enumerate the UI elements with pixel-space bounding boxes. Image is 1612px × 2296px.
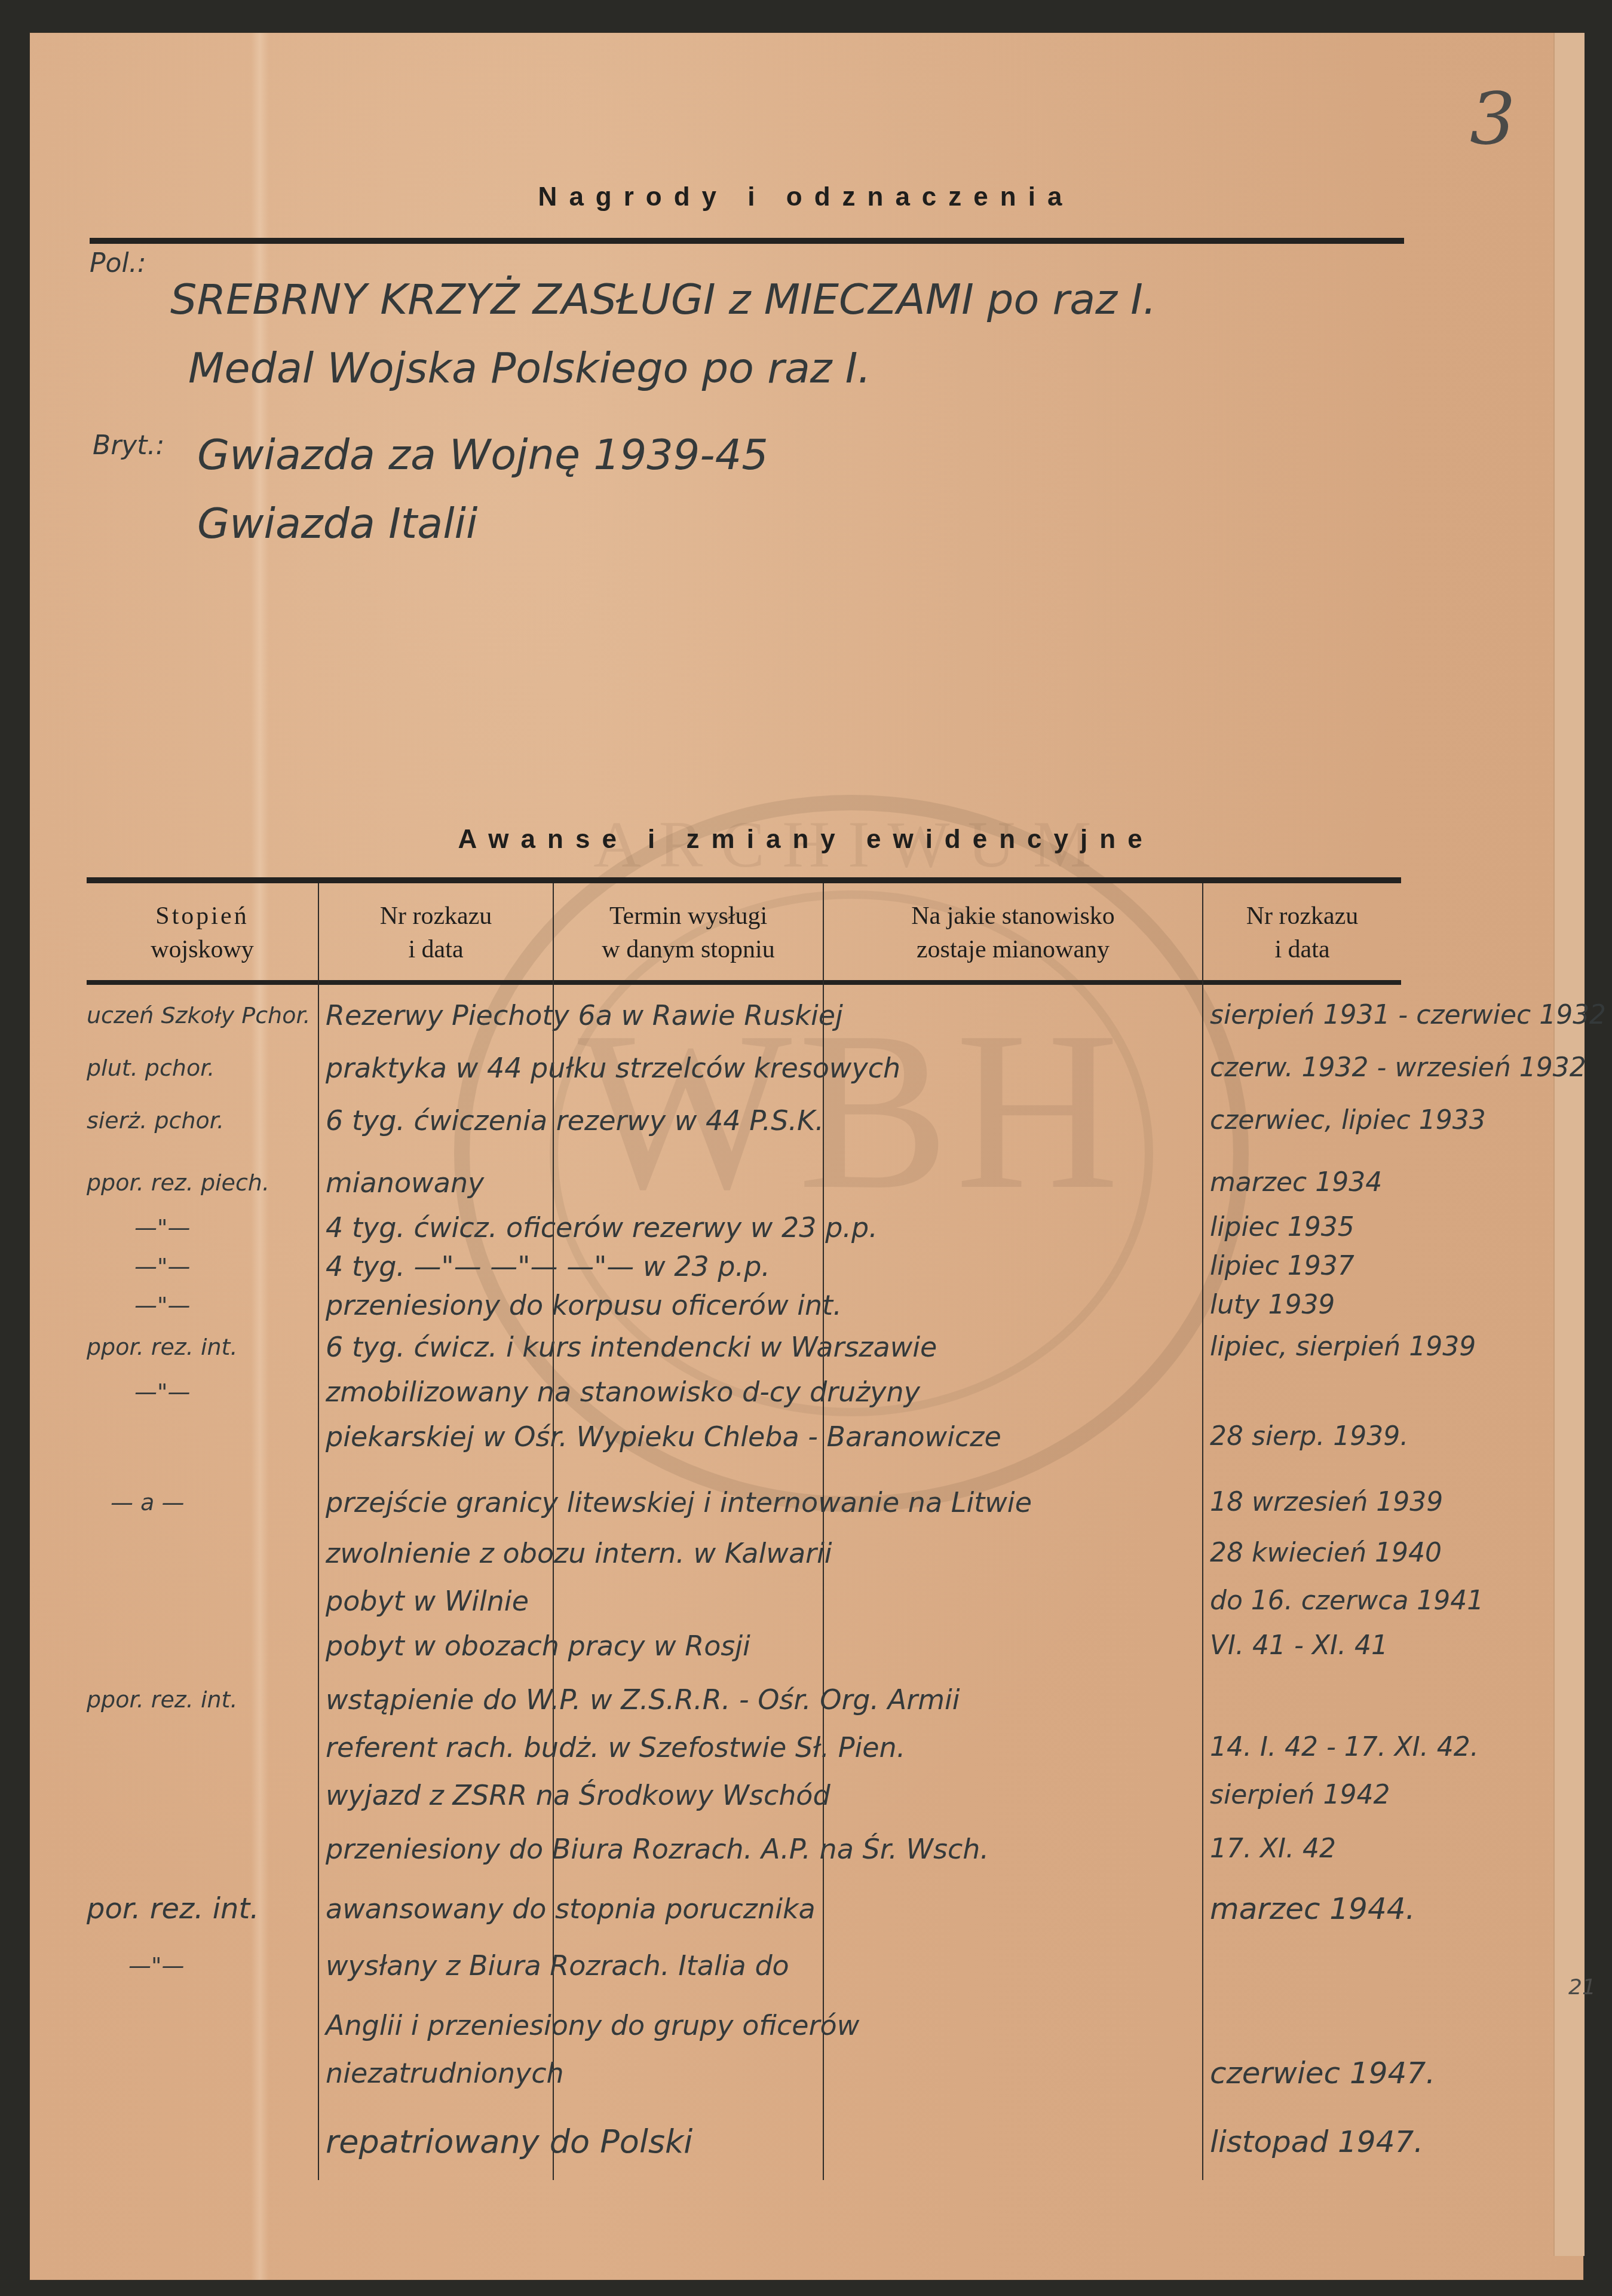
- date-cell: sierpień 1931 - czerwiec 1932: [1210, 989, 1544, 1042]
- rank-cell: — a —: [87, 1476, 341, 1529]
- entry-cell: praktyka w 44 pułku strzelców kresowych: [326, 1042, 1201, 1094]
- entry-cell: repatriowany do Polski: [326, 2116, 1201, 2168]
- date-cell: VI. 41 - XI. 41: [1210, 1620, 1544, 1672]
- award-item: Gwiazda za Wojnę 1939-45: [197, 430, 768, 479]
- date-cell: 18 wrzesień 1939: [1210, 1476, 1544, 1529]
- header-line: i data: [319, 933, 553, 966]
- table-row: repatriowany do Polski listopad 1947.: [0, 2116, 1612, 2168]
- rank-cell: plut. pchor.: [87, 1042, 317, 1094]
- table-row: ppor. rez. int. wstąpienie do W.P. w Z.S…: [0, 1673, 1612, 1726]
- entry-cell: wysłany z Biura Rozrach. Italia do: [326, 1939, 1201, 1992]
- entry-cell: zwolnienie z obozu intern. w Kalwarii: [326, 1527, 1201, 1579]
- rank-cell: uczeń Szkoły Pchor.: [87, 989, 317, 1042]
- date-cell: czerwiec 1947.: [1210, 2047, 1544, 2099]
- entry-cell: piekarskiej w Ośr. Wypieku Chleba - Bara…: [326, 1410, 1201, 1463]
- entry-cell: przeniesiony do Biura Rozrach. A.P. na Ś…: [326, 1823, 1201, 1875]
- award-item: Gwiazda Italii: [197, 499, 478, 548]
- entry-cell: 6 tyg. ćwiczenia rezerwy w 44 P.S.K.: [326, 1094, 1201, 1147]
- date-cell: 14. I. 42 - 17. XI. 42.: [1210, 1721, 1544, 1774]
- date-cell: 28 sierp. 1939.: [1210, 1410, 1544, 1463]
- header-line: Stopień: [87, 899, 318, 933]
- promotions-section-title: Awanse i zmiany ewidencyjne: [0, 825, 1612, 855]
- rank-cell: —"—: [87, 1939, 358, 1992]
- date-cell: czerwiec, lipiec 1933: [1210, 1094, 1544, 1147]
- rank-cell: sierż. pchor.: [87, 1094, 317, 1147]
- awards-section-title: Nagrody i odznaczenia: [0, 182, 1612, 212]
- date-cell: 28 kwiecień 1940: [1210, 1527, 1544, 1579]
- table-row: — a — przejście granicy litewskiej i int…: [0, 1476, 1612, 1529]
- table-row: piekarskiej w Ośr. Wypieku Chleba - Bara…: [0, 1410, 1612, 1463]
- header-line: w danym stopniu: [554, 933, 823, 966]
- column-header-rank: Stopień wojskowy: [87, 899, 318, 966]
- british-awards-prefix: Bryt.:: [93, 430, 164, 461]
- table-row: pobyt w obozach pracy w Rosji VI. 41 - X…: [0, 1620, 1612, 1672]
- table-row: sierż. pchor. 6 tyg. ćwiczenia rezerwy w…: [0, 1094, 1612, 1147]
- column-header-order-1: Nr rozkazu i data: [319, 899, 553, 966]
- date-cell: listopad 1947.: [1210, 2116, 1544, 2168]
- table-row: —"— wysłany z Biura Rozrach. Italia do: [0, 1939, 1612, 1992]
- column-header-position: Na jakie stanowisko zostaje mianowany: [824, 899, 1202, 966]
- awards-title-rule: [90, 238, 1404, 244]
- page-number: 3: [1470, 78, 1515, 161]
- entry-cell: przejście granicy litewskiej i internowa…: [326, 1476, 1201, 1529]
- column-header-order-2: Nr rozkazu i data: [1203, 899, 1401, 966]
- table-row: zwolnienie z obozu intern. w Kalwarii 28…: [0, 1527, 1612, 1579]
- promotions-top-rule: [87, 877, 1401, 883]
- header-line: wojskowy: [87, 933, 318, 966]
- header-bottom-rule: [87, 980, 1401, 985]
- table-row: wyjazd z ZSRR na Środkowy Wschód sierpie…: [0, 1769, 1612, 1822]
- header-line: Na jakie stanowisko: [824, 899, 1202, 933]
- entry-cell: awansowany do stopnia porucznika: [326, 1882, 1201, 1935]
- entry-cell: Rezerwy Piechoty 6a w Rawie Ruskiej: [326, 989, 1201, 1042]
- rank-cell: por. rez. int.: [87, 1882, 317, 1935]
- table-row: por. rez. int. awansowany do stopnia por…: [0, 1882, 1612, 1935]
- award-item: Medal Wojska Polskiego po raz I.: [188, 344, 871, 393]
- entry-cell: wstąpienie do W.P. w Z.S.R.R. - Ośr. Org…: [326, 1673, 1201, 1726]
- date-cell: sierpień 1942: [1210, 1769, 1544, 1822]
- polish-awards-prefix: Pol.:: [90, 248, 146, 278]
- entry-cell: niezatrudnionych: [326, 2047, 1201, 2099]
- entry-cell: pobyt w obozach pracy w Rosji: [326, 1620, 1201, 1672]
- table-row: uczeń Szkoły Pchor. Rezerwy Piechoty 6a …: [0, 989, 1612, 1042]
- date-cell: czerw. 1932 - wrzesień 1932: [1210, 1042, 1544, 1094]
- award-item: SREBRNY KRZYŻ ZASŁUGI z MIECZAMI po raz …: [170, 275, 1156, 324]
- table-row: niezatrudnionych czerwiec 1947.: [0, 2047, 1612, 2099]
- header-line: i data: [1203, 933, 1401, 966]
- header-line: Nr rozkazu: [1203, 899, 1401, 933]
- table-row: Anglii i przeniesiony do grupy oficerów: [0, 1999, 1612, 2052]
- table-row: referent rach. budż. w Szefostwie Sł. Pi…: [0, 1721, 1612, 1774]
- date-cell: 17. XI. 42: [1210, 1823, 1544, 1875]
- header-line: Termin wysługi: [554, 899, 823, 933]
- date-cell: marzec 1944.: [1210, 1882, 1544, 1935]
- table-row: plut. pchor. praktyka w 44 pułku strzelc…: [0, 1042, 1612, 1094]
- entry-cell: Anglii i przeniesiony do grupy oficerów: [326, 1999, 1201, 2052]
- entry-cell: referent rach. budż. w Szefostwie Sł. Pi…: [326, 1721, 1201, 1774]
- header-line: zostaje mianowany: [824, 933, 1202, 966]
- entry-cell: wyjazd z ZSRR na Środkowy Wschód: [326, 1769, 1201, 1822]
- margin-note: 21: [1568, 1975, 1596, 2000]
- column-header-service-term: Termin wysługi w danym stopniu: [554, 899, 823, 966]
- header-line: Nr rozkazu: [319, 899, 553, 933]
- table-row: przeniesiony do Biura Rozrach. A.P. na Ś…: [0, 1823, 1612, 1875]
- rank-cell: ppor. rez. int.: [87, 1673, 317, 1726]
